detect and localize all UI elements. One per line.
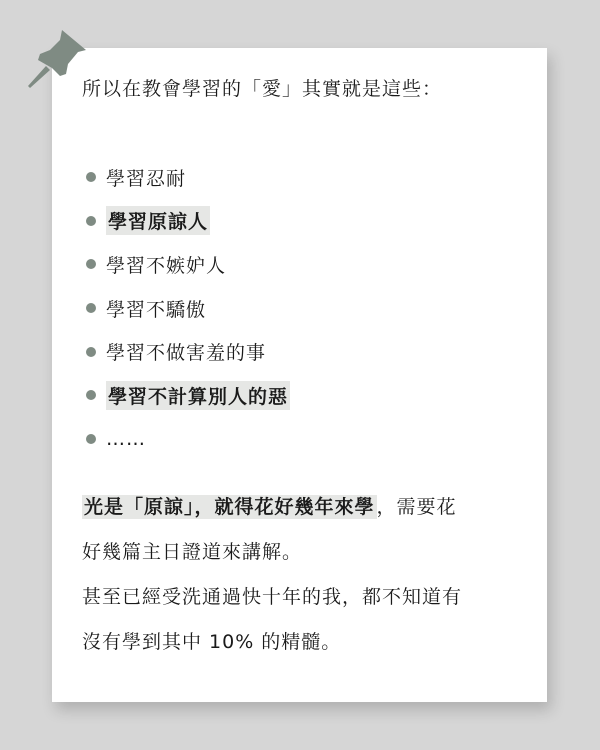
note-card: 所以在教會學習的「愛」其實就是這些： 學習忍耐 學習原諒人 學習不嫉妒人 學習不… — [52, 48, 547, 702]
bullet-icon — [86, 390, 96, 400]
love-list: 學習忍耐 學習原諒人 學習不嫉妒人 學習不驕傲 學習不做害羞的事 學習不計算別人… — [82, 162, 527, 454]
list-item: 學習不驕傲 — [82, 293, 527, 323]
bullet-icon — [86, 259, 96, 269]
list-item: …… — [82, 424, 527, 454]
list-item: 學習原諒人 — [82, 206, 527, 236]
list-item: 學習忍耐 — [82, 162, 527, 192]
highlighted-text: 學習原諒人 — [106, 206, 210, 235]
paragraph-line: 甚至已經受洗通過快十年的我，都不知道有 — [82, 575, 527, 620]
note-content: 所以在教會學習的「愛」其實就是這些： 學習忍耐 學習原諒人 學習不嫉妒人 學習不… — [82, 74, 527, 665]
highlighted-text: 學習不計算別人的惡 — [106, 381, 290, 410]
paragraph: 光是「原諒」，就得花好幾年來學，需要花 好幾篇主日證道來講解。 甚至已經受洗通過… — [82, 485, 527, 665]
list-item: 學習不嫉妒人 — [82, 249, 527, 279]
paragraph-line: 沒有學到其中 10% 的精髓。 — [82, 620, 527, 665]
list-item: 學習不計算別人的惡 — [82, 380, 527, 410]
highlighted-text: 光是「原諒」，就得花好幾年來學 — [82, 495, 377, 519]
bullet-icon — [86, 172, 96, 182]
list-item: 學習不做害羞的事 — [82, 337, 527, 367]
pushpin-icon — [24, 28, 88, 92]
bullet-icon — [86, 303, 96, 313]
paragraph-line: 光是「原諒」，就得花好幾年來學，需要花 — [82, 485, 527, 530]
bullet-icon — [86, 347, 96, 357]
intro-text: 所以在教會學習的「愛」其實就是這些： — [82, 74, 527, 104]
paragraph-line: 好幾篇主日證道來講解。 — [82, 530, 527, 575]
bullet-icon — [86, 434, 96, 444]
bullet-icon — [86, 216, 96, 226]
